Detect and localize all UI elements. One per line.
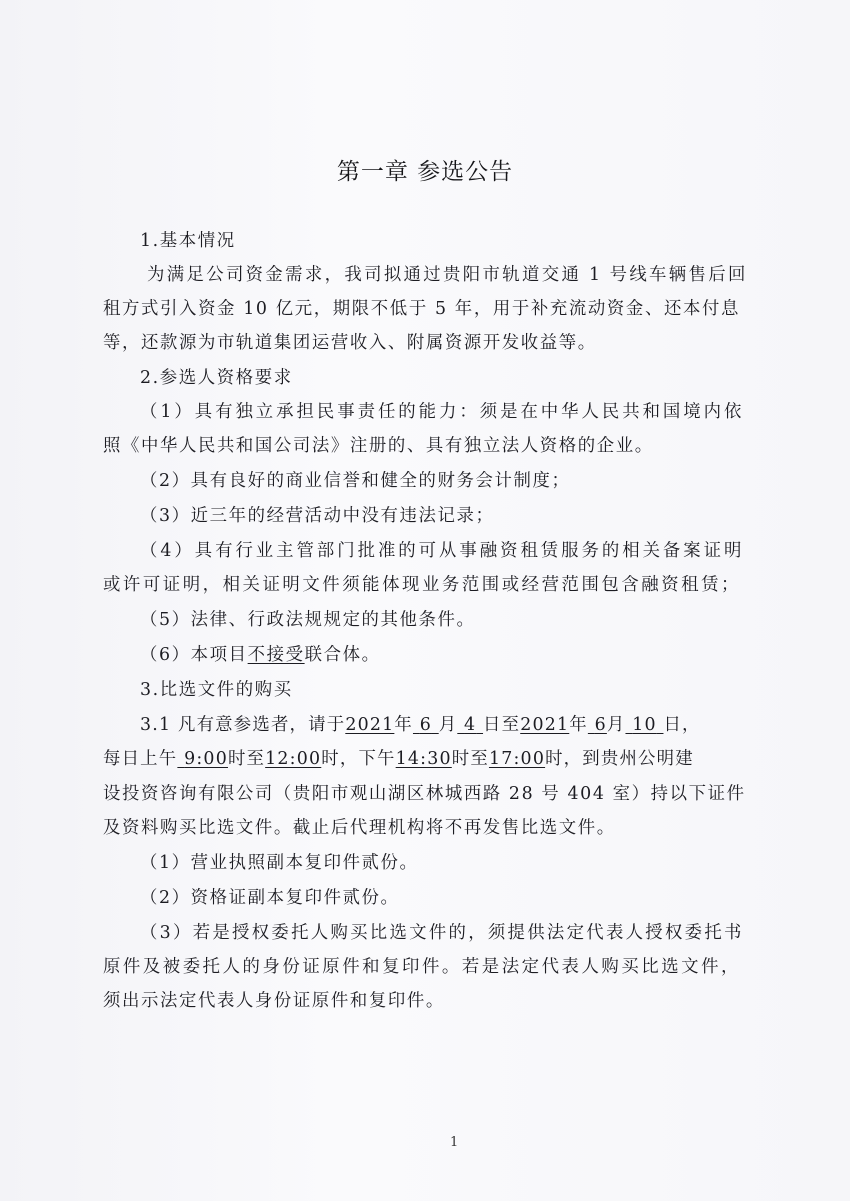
- paragraph-line: 租方式引入资金 10 亿元，期限不低于 5 年，用于补充流动资金、还本付息: [103, 297, 740, 321]
- requirement-item: （3）近三年的经营活动中没有违法记录；: [140, 504, 780, 528]
- requirement-item-continued: 照《中华人民共和国公司法》注册的、具有独立法人资格的企业。: [103, 434, 743, 458]
- document-item-continued: 原件及被委托人的身份证原件和复印件。若是法定代表人购买比选文件，: [103, 955, 740, 979]
- pm-end: 17:00: [489, 749, 545, 769]
- paragraph-line: 等，还款源为市轨道集团运营收入、附属资源开发收益等。: [103, 331, 743, 355]
- end-month: 6: [588, 715, 607, 735]
- section-heading-basic-info: 1.基本情况: [140, 229, 780, 253]
- document-item: （3）若是授权委托人购买比选文件的，须提供法定代表人授权委托书: [140, 921, 743, 945]
- section-heading-purchase: 3.比选文件的购买: [140, 678, 780, 702]
- am-end: 12:00: [265, 749, 321, 769]
- requirement-item-6: （6）本项目不接受联合体。: [140, 643, 780, 667]
- document-item-continued: 须出示法定代表人身份证原件和复印件。: [103, 989, 743, 1013]
- chapter-title: 第一章 参选公告: [0, 153, 850, 186]
- requirement-item-continued: 或许可证明，相关证明文件须能体现业务范围或经营范围包含融资租赁；: [103, 573, 740, 597]
- page-number: 1: [450, 1135, 458, 1150]
- purchase-note-line: 及资料购买比选文件。截止后代理机构将不再发售比选文件。: [103, 816, 743, 840]
- purchase-dates-line: 3.1 凡有意参选者，请于2021年 6 月 4 日至2021年 6月 10 日…: [140, 713, 780, 737]
- purchase-hours-line: 每日上午 9:00时至12:00时，下午14:30时至17:00时，到贵州公明建: [103, 747, 743, 771]
- requirement-item: （1）具有独立承担民事责任的能力：须是在中华人民共和国境内依: [140, 400, 743, 424]
- start-year: 2021: [345, 715, 394, 735]
- requirement-item: （4）具有行业主管部门批准的可从事融资租赁服务的相关备案证明: [140, 539, 743, 563]
- section-heading-qualifications: 2.参选人资格要求: [140, 366, 780, 390]
- document-item: （2）资格证副本复印件贰份。: [140, 886, 780, 910]
- document-page: 第一章 参选公告 1.基本情况 为满足公司资金需求，我司拟通过贵阳市轨道交通 1…: [0, 0, 850, 1201]
- requirement-item: （5）法律、行政法规规定的其他条件。: [140, 608, 780, 632]
- end-day: 10: [625, 715, 663, 735]
- end-year: 2021: [520, 715, 569, 735]
- pm-start: 14:30: [396, 749, 452, 769]
- document-item: （1）营业执照副本复印件贰份。: [140, 851, 780, 875]
- paragraph-line: 为满足公司资金需求，我司拟通过贵阳市轨道交通 1 号线车辆售后回: [147, 263, 747, 287]
- item6-suffix: 联合体。: [305, 645, 381, 665]
- start-month: 6: [413, 715, 439, 735]
- purchase-address-line: 设投资咨询有限公司（贵阳市观山湖区林城西路 28 号 404 室）持以下证件: [103, 782, 740, 806]
- start-day: 4: [457, 715, 483, 735]
- item6-prefix: （6）本项目: [140, 645, 248, 665]
- requirement-item: （2）具有良好的商业信誉和健全的财务会计制度；: [140, 469, 780, 493]
- am-start: 9:00: [177, 749, 228, 769]
- item6-underlined: 不接受: [248, 645, 305, 665]
